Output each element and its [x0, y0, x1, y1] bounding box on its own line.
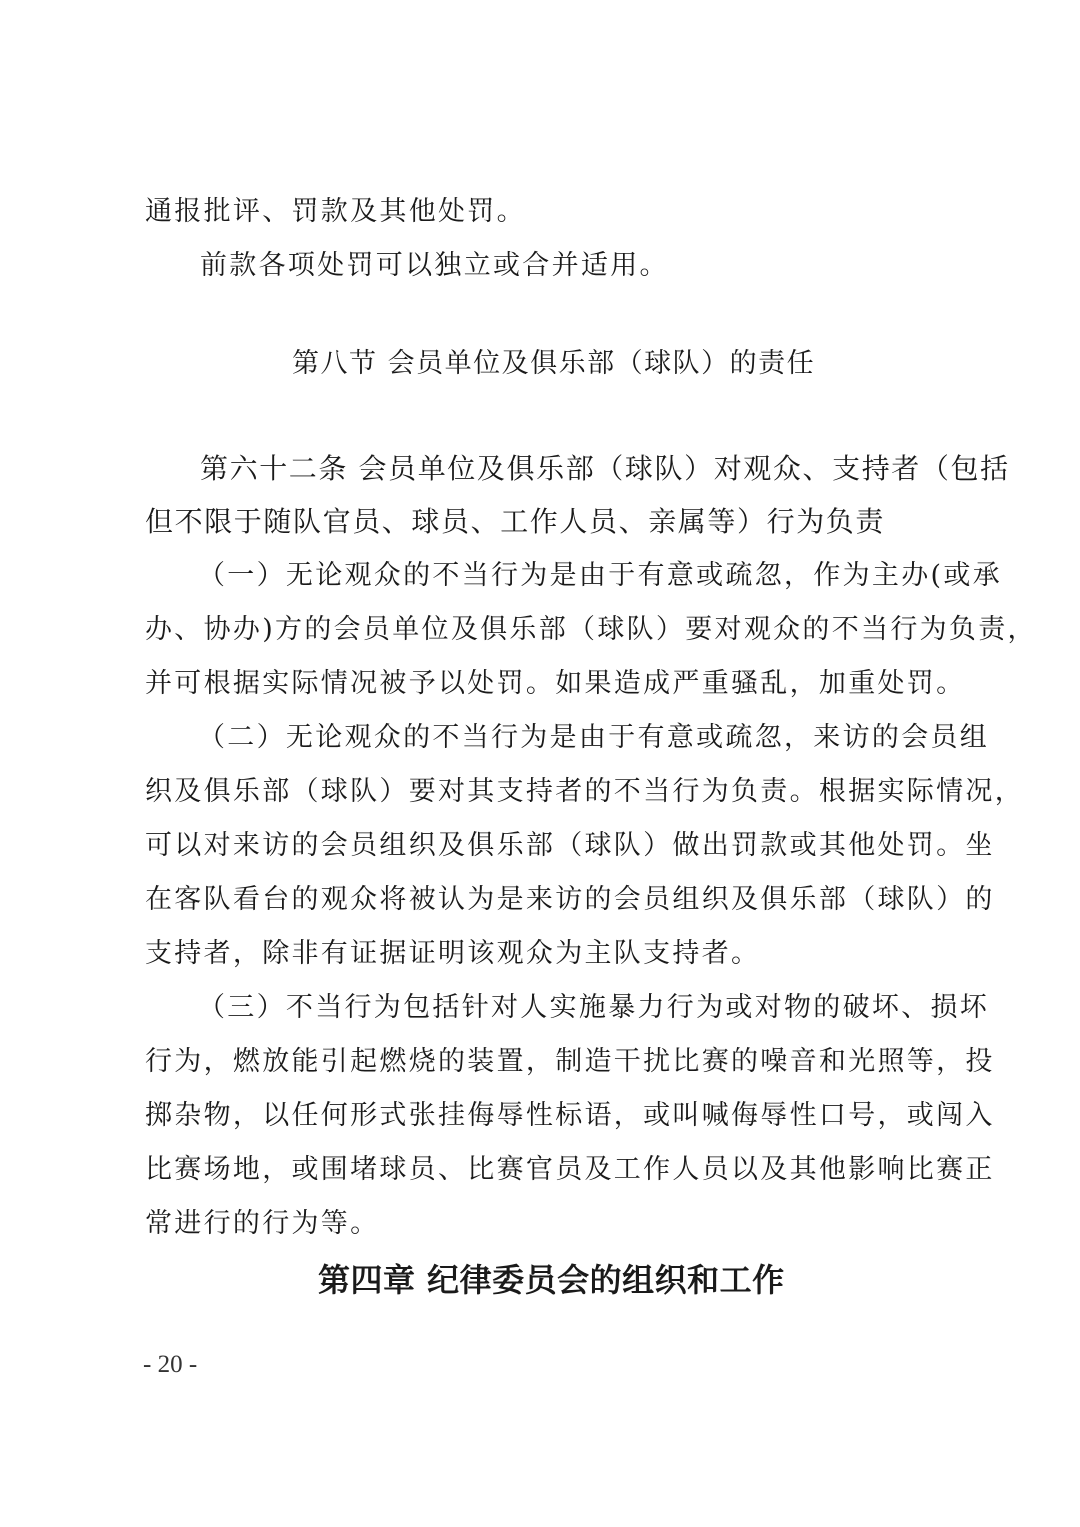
clause-line: 掷杂物，以任何形式张挂侮辱性标语，或叫喊侮辱性口号，或闯入 — [145, 1098, 995, 1134]
article-title: 但不限于随队官员、球员、工作人员、亲属等）行为负责 — [145, 503, 885, 541]
body-line: 通报批评、罚款及其他处罚。 — [145, 194, 526, 230]
clause-line: 办、协办)方的会员单位及俱乐部（球队）要对观众的不当行为负责， — [145, 612, 1037, 648]
clause-line: 并可根据实际情况被予以处罚。如果造成严重骚乱，加重处罚。 — [145, 666, 965, 702]
chapter-title: 第四章 纪律委员会的组织和工作 — [318, 1259, 785, 1301]
clause-line: 比赛场地，或围堵球员、比赛官员及工作人员以及其他影响比赛正 — [145, 1152, 995, 1188]
body-line: 前款各项处罚可以独立或合并适用。 — [200, 248, 669, 284]
clause-line: 织及俱乐部（球队）要对其支持者的不当行为负责。根据实际情况， — [145, 774, 1024, 810]
clause-line: （二）无论观众的不当行为是由于有意或疏忽，来访的会员组 — [198, 720, 989, 756]
clause-line: （一）无论观众的不当行为是由于有意或疏忽，作为主办(或承 — [198, 558, 1002, 594]
clause-line: 在客队看台的观众将被认为是来访的会员组织及俱乐部（球队）的 — [145, 882, 995, 918]
clause-line: 常进行的行为等。 — [145, 1206, 379, 1242]
article-title: 第六十二条 会员单位及俱乐部（球队）对观众、支持者（包括 — [200, 450, 1010, 488]
section-title: 第八节 会员单位及俱乐部（球队）的责任 — [292, 346, 815, 382]
clause-line: （三）不当行为包括针对人实施暴力行为或对物的破坏、损坏 — [198, 990, 989, 1026]
page-number: - 20 - — [143, 1350, 197, 1380]
clause-line: 行为，燃放能引起燃烧的装置，制造干扰比赛的噪音和光照等，投 — [145, 1044, 995, 1080]
clause-line: 支持者，除非有证据证明该观众为主队支持者。 — [145, 936, 760, 972]
clause-line: 可以对来访的会员组织及俱乐部（球队）做出罚款或其他处罚。坐 — [145, 828, 995, 864]
